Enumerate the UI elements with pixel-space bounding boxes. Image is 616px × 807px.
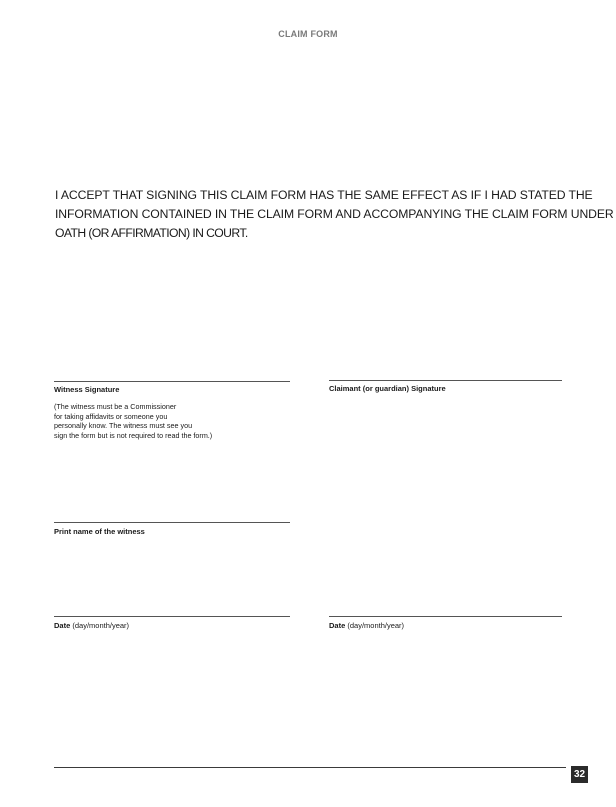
witness-signature-label: Witness Signature (54, 385, 119, 394)
witness-print-name-field[interactable] (54, 522, 290, 523)
witness-print-name-label: Print name of the witness (54, 527, 145, 536)
witness-date-label-hint: (day/month/year) (72, 621, 129, 630)
declaration-statement: I ACCEPT THAT SIGNING THIS CLAIM FORM HA… (55, 186, 575, 243)
witness-note-line-1: (The witness must be a Commissioner (54, 402, 294, 412)
page-number-badge: 32 (571, 766, 588, 783)
claimant-date-label-hint: (day/month/year) (347, 621, 404, 630)
declaration-line-1: I ACCEPT THAT SIGNING THIS CLAIM FORM HA… (55, 186, 575, 205)
claimant-date-label: Date (day/month/year) (329, 621, 404, 630)
witness-note: (The witness must be a Commissioner for … (54, 402, 294, 440)
declaration-line-3: OATH (OR AFFIRMATION) IN COURT. (55, 224, 575, 243)
witness-note-line-3: personally know. The witness must see yo… (54, 421, 294, 431)
claimant-date-label-main: Date (329, 621, 345, 630)
footer-divider (54, 767, 566, 768)
witness-date-label: Date (day/month/year) (54, 621, 129, 630)
declaration-line-2: INFORMATION CONTAINED IN THE CLAIM FORM … (55, 205, 575, 224)
witness-note-line-2: for taking affidavits or someone you (54, 412, 294, 422)
claimant-signature-field[interactable] (329, 380, 562, 381)
witness-date-label-main: Date (54, 621, 70, 630)
witness-note-line-4: sign the form but is not required to rea… (54, 431, 294, 441)
page-title: CLAIM FORM (0, 29, 616, 39)
witness-date-field[interactable] (54, 616, 290, 617)
claimant-date-field[interactable] (329, 616, 562, 617)
witness-signature-field[interactable] (54, 381, 290, 382)
claimant-signature-label: Claimant (or guardian) Signature (329, 384, 446, 393)
